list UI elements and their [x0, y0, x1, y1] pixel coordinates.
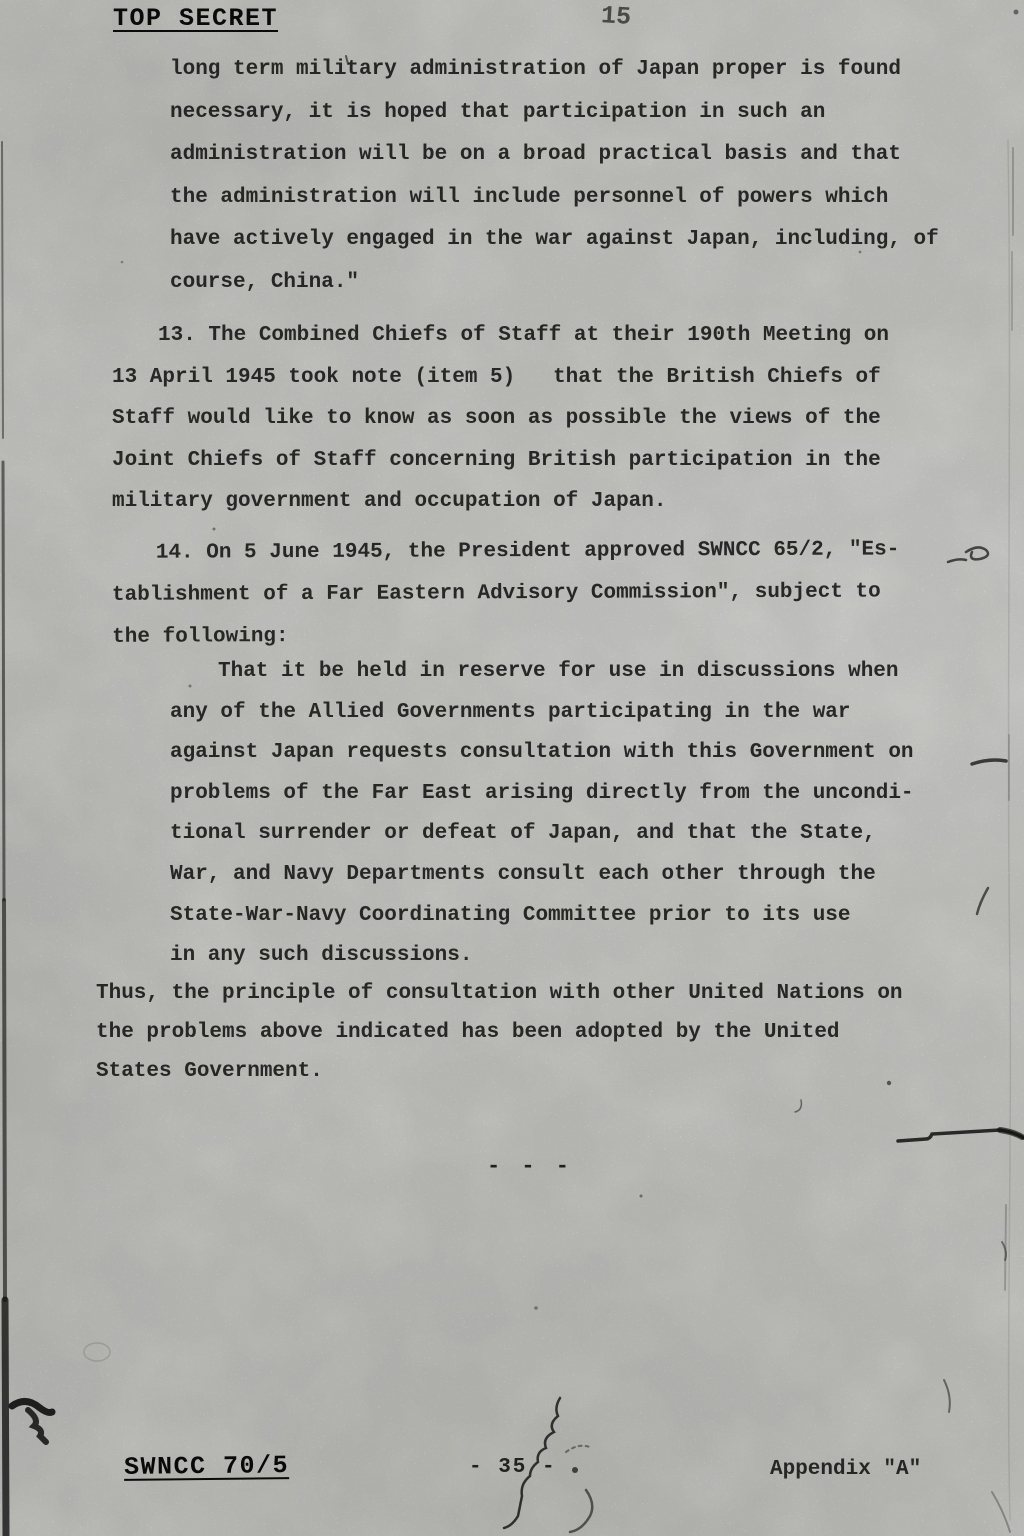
paragraph-14-intro: 14. On 5 June 1945, the President approv…	[112, 529, 963, 659]
section-separator-dashes: - - -	[487, 1146, 573, 1188]
paragraph-14-closing: Thus, the principle of consultation with…	[96, 974, 976, 1091]
footer-page-number: - 35 -	[469, 1456, 557, 1479]
page-number: 15	[600, 1, 632, 32]
document-id: SWNCC 70/5	[124, 1451, 289, 1482]
paragraph-13: 13. The Combined Chiefs of Staff at thei…	[112, 315, 962, 523]
appendix-label: Appendix "A"	[770, 1458, 921, 1481]
classification-marking: TOP SECRET	[113, 4, 278, 33]
quoted-passage-continuation: long term military administration of Jap…	[170, 49, 970, 305]
paragraph-14-quotation: That it be held in reserve for use in di…	[170, 652, 980, 977]
scanned-document-page: TOP SECRET 15 long term military adminis…	[0, 0, 1024, 1536]
typewritten-text-layer: TOP SECRET 15 long term military adminis…	[0, 0, 1024, 1536]
